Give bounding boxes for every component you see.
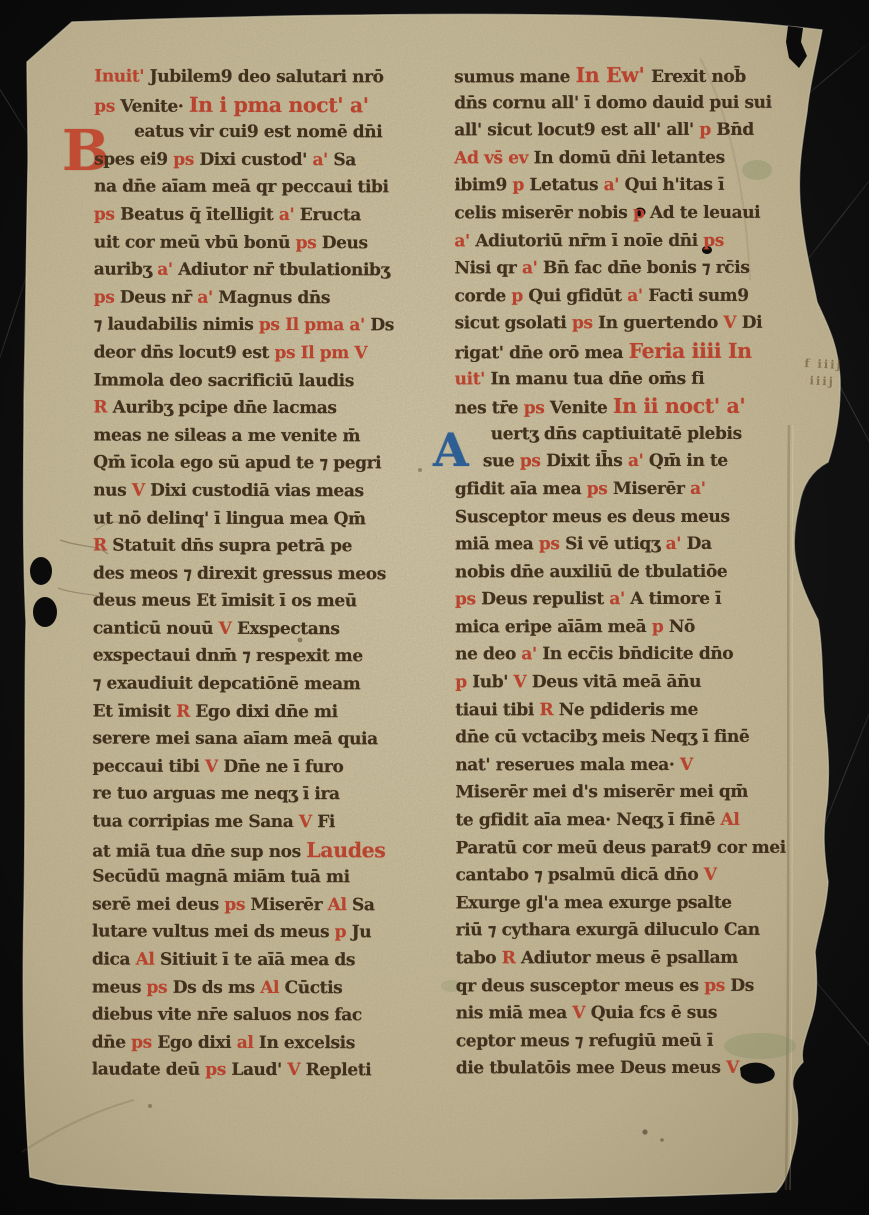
rubric-run: Al: [136, 950, 160, 970]
manuscript-line: gfidit aīa mea ps Miserēr a': [455, 476, 837, 504]
manuscript-line: Et īmisit R Ego dixi dn̄e mi: [93, 698, 447, 727]
text-run: serere mei sana aīam meā quia: [93, 729, 378, 750]
text-run: Ds ds ms: [173, 977, 261, 997]
text-run: uit cor meū vbū bonū: [94, 232, 296, 253]
text-run: nes tr̄e: [455, 398, 524, 418]
wormhole: [30, 557, 52, 585]
text-run: corde: [454, 286, 511, 306]
text-run: Quia fcs ē sus: [591, 1003, 717, 1023]
text-run: Letatus: [529, 175, 603, 195]
manuscript-line: nes tr̄e ps Venite In ii noct' a': [455, 393, 837, 421]
text-run: Deus vitā meā ān̄u: [532, 672, 701, 692]
text-run: all' sicut locut9 est all' all': [454, 120, 699, 140]
manuscript-line: nis miā mea V Quia fcs ē sus: [456, 1000, 838, 1028]
text-run: na dn̄e aīam meā qr peccaui tibi: [94, 177, 389, 198]
manuscript-line: spes ei9 ps Dixi custod' a' Sa: [94, 146, 448, 175]
text-run: Erexit nob̄: [651, 67, 746, 87]
text-run: peccaui tibi: [92, 756, 205, 776]
rubric-run: ps: [94, 205, 120, 225]
text-run: mica eripe aīām meā: [455, 617, 652, 637]
manuscript-line: ps Beatus q̄ ītelligit a' Eructa: [94, 202, 448, 231]
manuscript-line: all' sicut locut9 est all' all' p Bn̄d: [454, 117, 836, 145]
manuscript-line: laudate deū ps Laud' V Repleti: [92, 1057, 446, 1086]
ink-speck: [642, 1129, 647, 1134]
manuscript-line: sue ps Dixit ih̄s a' Qm̄ in te: [455, 448, 837, 476]
text-run: ibim9: [454, 176, 512, 196]
text-run: qr deus susceptor meus es: [456, 975, 705, 995]
text-run: canticū nouū: [93, 618, 219, 638]
rubric-run: ps Il pm V: [274, 343, 367, 363]
rubric-run: p: [652, 617, 669, 637]
text-run: ne deo: [455, 645, 521, 665]
manuscript-line: dica Al Sitiuit ī te aīā mea ds: [92, 947, 446, 976]
rubric-run: a': [454, 231, 475, 251]
rubric-run: V: [132, 481, 150, 501]
rubric-run: Laudes: [306, 838, 385, 862]
text-run: serē mei deus: [92, 894, 224, 914]
text-run: die tbulatōis mee Deus meus: [456, 1058, 726, 1078]
text-run: uertʒ dn̄s captiuitatē plebis: [491, 424, 742, 444]
rubric-run: R: [176, 701, 195, 721]
text-run: Sa: [333, 150, 356, 170]
rubric-run: Feria iiii In: [629, 339, 752, 363]
manuscript-line: qr deus susceptor meus es ps Ds: [456, 972, 838, 1000]
manuscript-line: nus V Dixi custodiā vias meas: [93, 477, 447, 506]
quire-signature-line: iiij: [803, 372, 842, 391]
manuscript-line: diebus vite nr̄e saluos nos fac: [92, 1002, 446, 1031]
rubric-run: V: [514, 672, 532, 692]
text-run: cantabo ⁊ psalmū dicā dn̄o: [456, 865, 704, 885]
manuscript-line: meus ps Ds ds ms Al Cūctis: [92, 974, 446, 1003]
rubric-run: a': [522, 258, 543, 278]
text-run: miā mea: [455, 534, 539, 554]
text-run: In guertendo: [598, 313, 723, 333]
rubric-run: ps: [704, 975, 730, 995]
photo-background: { "page": { "kind": "medieval manuscript…: [0, 0, 869, 1215]
rubric-run: Al: [260, 978, 284, 998]
text-run: te gfidit aīa mea· Neqʒ ī finē: [455, 810, 720, 830]
manuscript-line: dn̄e cū vctacibʒ meis Neqʒ ī finē: [455, 724, 837, 752]
text-run: A timore ī: [630, 589, 721, 609]
text-run: tiaui tibi: [455, 700, 539, 720]
rubric-run: ps: [94, 96, 120, 116]
rubric-run: ps: [296, 233, 322, 253]
text-column-right: sumus mane In Ew' Erexit nob̄dn̄s cornu …: [454, 62, 838, 1084]
manuscript-line: riū ⁊ cythara exurgā diluculo Can: [456, 917, 838, 945]
rubric-run: a': [609, 589, 630, 609]
text-run: Dixit ih̄s: [546, 451, 628, 471]
manuscript-line: eatus vir cui9 est nomē dn̄i: [94, 119, 448, 148]
text-run: Adiutor meus ē psallam: [521, 948, 738, 968]
manuscript-line: auribʒ a' Adiutor nr̄ tbulationibʒ: [94, 257, 448, 286]
text-run: meus: [92, 977, 147, 997]
manuscript-line: exspectaui dnm̄ ⁊ respexit me: [93, 643, 447, 672]
text-run: Paratū cor meū deus parat9 cor mei: [455, 837, 785, 858]
manuscript-line: lutare vultus mei ds meus p Ju: [92, 919, 446, 948]
text-run: sue: [483, 452, 520, 472]
rubric-run: p: [455, 672, 472, 692]
manuscript-line: peccaui tibi V Dn̄e ne ī furo: [92, 753, 446, 782]
text-run: Secūdū magnā miām tuā mi: [92, 867, 350, 888]
text-run: Miserēr: [613, 479, 690, 499]
manuscript-line: ⁊ laudabilis nimis ps Il pma a' Ds: [94, 312, 448, 341]
text-run: Ego dixi: [157, 1032, 236, 1052]
rubric-run: a': [604, 175, 625, 195]
rubric-run: V: [572, 1003, 590, 1023]
manuscript-line: ps Venite· In i pma noct' a': [94, 91, 448, 120]
rubric-run: V: [680, 755, 693, 775]
text-run: ⁊ exaudiuit depcatiōnē meam: [93, 674, 361, 695]
manuscript-line: na dn̄e aīam meā qr peccaui tibi: [94, 174, 448, 203]
text-run: lutare vultus mei ds meus: [92, 922, 335, 943]
rubric-run: In Ew': [576, 63, 652, 87]
text-run: In domū dn̄i letantes: [534, 148, 725, 168]
text-run: Immola deo sacrificiū laudis: [93, 370, 353, 391]
text-run: Sitiuit ī te aīā mea ds: [160, 950, 355, 971]
rubric-run: ps Il pma a': [259, 315, 371, 335]
rubric-run: V: [299, 812, 317, 832]
rubric-run: ps: [524, 398, 550, 418]
manuscript-line: Paratū cor meū deus parat9 cor mei: [455, 834, 837, 862]
manuscript-line: serē mei deus ps Miserēr Al Sa: [92, 891, 446, 920]
text-run: Adiutoriū nr̄m ī noīe dn̄i: [475, 230, 703, 250]
text-run: auribʒ: [94, 260, 158, 280]
rubric-run: V: [205, 757, 223, 777]
manuscript-line: uit cor meū vbū bonū ps Deus: [94, 229, 448, 258]
text-run: Laud': [231, 1060, 287, 1080]
rubric-run: a': [666, 534, 687, 554]
quire-signature: f iiij iiij: [803, 355, 843, 391]
text-run: deor dn̄s locut9 est: [94, 342, 275, 362]
rubric-run: V: [704, 865, 717, 885]
manuscript-line: sicut gsolati ps In guertendo V Di: [455, 310, 837, 338]
text-run: Ds: [730, 975, 754, 995]
rubric-run: ps: [224, 895, 250, 915]
rubric-run: ps: [703, 230, 724, 250]
text-run: Statuit dn̄s supra petrā pe: [112, 536, 352, 557]
rubric-run: Inuit': [94, 67, 149, 87]
rubric-run: ps: [131, 1032, 157, 1052]
text-run: Bn̄d: [716, 120, 753, 140]
manuscript-line: at miā tua dn̄e sup nos Laudes: [92, 836, 446, 865]
manuscript-line: ⁊ exaudiuit depcatiōnē meam: [93, 671, 447, 700]
text-run: Qm̄ in te: [649, 451, 728, 471]
rubric-run: V: [287, 1060, 305, 1080]
text-run: gfidit aīa mea: [455, 479, 587, 499]
manuscript-line: mica eripe aīām meā p Nō: [455, 614, 837, 642]
text-run: Ju: [352, 923, 372, 943]
text-run: Ego dixi dn̄e mi: [195, 701, 337, 721]
rubric-run: ps: [147, 977, 173, 997]
text-run: Auribʒ pcipe dn̄e lacmas: [113, 398, 337, 419]
text-run: rigat' dn̄e orō mea: [455, 343, 629, 363]
quire-signature-line: f iiij: [804, 355, 843, 374]
text-column-left: Inuit' Jubilem9 deo salutari nrōps Venit…: [92, 64, 449, 1086]
text-run: Deus: [322, 233, 368, 253]
rubric-run: In ii noct' a': [613, 394, 745, 418]
manuscript-line: ne deo a' In ecc̄is bn̄dicite dn̄o: [455, 641, 837, 669]
manuscript-line: tua corripias me Sana V Fi: [92, 809, 446, 838]
text-run: Dixi custodiā vias meas: [150, 481, 364, 502]
text-run: des meos ⁊ direxit gressus meos: [93, 563, 386, 584]
manuscript-line: Susceptor meus es deus meus: [455, 503, 837, 531]
rubric-run: ps: [539, 534, 565, 554]
manuscript-line: deus meus Et īmisit ī os meū: [93, 588, 447, 617]
manuscript-line: Inuit' Jubilem9 deo salutari nrō: [94, 64, 448, 93]
text-run: nobis dn̄e auxiliū de tbulatiōe: [455, 562, 727, 582]
rubric-run: a': [627, 286, 648, 306]
manuscript-line: miā mea ps Si vē utiqʒ a' Da: [455, 531, 837, 559]
manuscript-line: p Iub' V Deus vitā meā ān̄u: [455, 669, 837, 697]
text-run: Venite: [550, 398, 613, 418]
text-run: Ds: [370, 316, 394, 336]
manuscript-line: ps Deus nr̄ a' Magnus dn̄s: [94, 284, 448, 313]
rubric-run: a': [690, 479, 705, 499]
text-run: ⁊ laudabilis nimis: [94, 315, 259, 335]
manuscript-line: Exurge gl'a mea exurge psalte: [456, 889, 838, 917]
rubric-run: p: [511, 286, 528, 306]
text-run: exspectaui dnm̄ ⁊ respexit me: [93, 646, 363, 667]
text-run: Beatus q̄ ītelligit: [120, 205, 279, 225]
rubric-run: p: [335, 923, 352, 943]
rubric-run: a': [628, 451, 649, 471]
text-run: Venite·: [120, 96, 189, 116]
text-run: at miā tua dn̄e sup nos: [92, 841, 306, 862]
rubric-run: a': [279, 205, 300, 225]
manuscript-line: ceptor meus ⁊ refugiū meū ī: [456, 1027, 838, 1055]
manuscript-line: te gfidit aīa mea· Neqʒ ī finē Al: [455, 807, 837, 835]
manuscript-line: corde p Qui gfidūt a' Facti sum9: [454, 282, 836, 310]
manuscript-line: canticū nouū V Exspectans: [93, 615, 447, 644]
rubric-run: V: [726, 1058, 739, 1078]
manuscript-line: ibim9 p Letatus a' Qui h'itas ī: [454, 172, 836, 200]
text-run: Di: [742, 313, 762, 333]
manuscript-line: des meos ⁊ direxit gressus meos: [93, 560, 447, 589]
manuscript-line: serere mei sana aīam meā quia: [93, 726, 447, 755]
rubric-run: In i pma noct' a': [189, 92, 369, 116]
manuscript-line: Immola deo sacrificiū laudis: [93, 367, 447, 396]
text-run: nat' reserues mala mea·: [455, 755, 680, 775]
text-run: Miserēr: [251, 895, 328, 915]
text-run: Magnus dn̄s: [218, 288, 330, 308]
manuscript-line: nat' reserues mala mea· V: [455, 752, 837, 780]
text-run: nus: [93, 480, 132, 500]
text-run: tabo: [456, 948, 502, 968]
rubric-run: R: [93, 536, 112, 556]
ink-speck: [148, 1104, 152, 1108]
rubric-run: Al: [721, 810, 740, 830]
text-run: Deus repulist: [481, 589, 609, 609]
manuscript-line: ps Deus repulist a' A timore ī: [455, 586, 837, 614]
text-run: Facti sum9: [648, 286, 749, 306]
rubric-run: Al: [328, 895, 352, 915]
rubric-run: V: [723, 313, 741, 333]
manuscript-line: uertʒ dn̄s captiuitatē plebis: [455, 420, 837, 448]
text-run: Et īmisit: [93, 701, 176, 721]
text-run: ut nō delinq' ī lingua mea Qm̄: [93, 508, 366, 529]
text-run: meas ne sileas a me venite m̄: [93, 425, 360, 446]
text-run: celis miserēr nobis: [454, 203, 633, 223]
manuscript-line: Miserēr mei d's miserēr mei qm̄: [455, 779, 837, 807]
text-run: Jubilem9 deo salutari nrō: [150, 67, 384, 88]
manuscript-line: meas ne sileas a me venite m̄: [93, 422, 447, 451]
manuscript-line: dn̄e ps Ego dixi al In excelsis: [92, 1029, 446, 1058]
text-run: Nisi qr: [454, 258, 522, 278]
text-run: tua corripias me Sana: [92, 812, 299, 833]
ink-speck: [660, 1138, 664, 1142]
rubric-run: p: [512, 176, 529, 196]
manuscript-line: dn̄s cornu all' ī domo dauid pui sui: [454, 89, 836, 117]
text-run: Qui gfidūt: [528, 286, 627, 306]
manuscript-line: uit' In manu tua dn̄e om̄s fi: [455, 365, 837, 393]
wormhole: [33, 597, 57, 627]
text-run: Ne pdideris me: [559, 700, 698, 720]
text-run: deus meus Et īmisit ī os meū: [93, 591, 357, 612]
text-run: sicut gsolati: [455, 313, 572, 333]
text-run: riū ⁊ cythara exurgā diluculo Can: [456, 920, 760, 941]
text-run: Qm̄ īcola ego sū apud te ⁊ pegri: [93, 453, 381, 474]
text-run: Bn̄ fac dn̄e bonis ⁊ rc̄is: [543, 258, 750, 278]
manuscript-line: nobis dn̄e auxiliū de tbulatiōe: [455, 558, 837, 586]
text-run: nis miā mea: [456, 1003, 573, 1023]
manuscript-line: re tuo arguas me neqʒ ī ira: [92, 781, 446, 810]
manuscript-line: cantabo ⁊ psalmū dicā dn̄o V: [456, 862, 838, 890]
rubric-run: V: [219, 619, 237, 639]
text-run: Da: [687, 534, 712, 554]
text-run: dn̄e: [92, 1032, 131, 1052]
text-run: Fi: [317, 812, 335, 832]
text-run: Dn̄e ne ī furo: [223, 757, 343, 777]
rubric-run: a': [197, 288, 218, 308]
text-run: Nō: [669, 617, 695, 637]
rubric-run: ps: [205, 1060, 231, 1080]
rubric-run: p: [699, 120, 716, 140]
manuscript-line: Nisi qr a' Bn̄ fac dn̄e bonis ⁊ rc̄is: [454, 255, 836, 283]
text-run: spes ei9: [94, 149, 173, 169]
manuscript-line: R Auribʒ pcipe dn̄e lacmas: [93, 395, 447, 424]
text-run: Eructa: [300, 205, 361, 225]
rubric-run: ps: [455, 590, 481, 610]
manuscript-line: deor dn̄s locut9 est ps Il pm V: [94, 339, 448, 368]
manuscript-line: Ad vs̄ ev In domū dn̄i letantes: [454, 144, 836, 172]
text-run: In excelsis: [259, 1033, 355, 1053]
rubric-run: ps: [173, 150, 199, 170]
manuscript-line: tiaui tibi R Ne pdideris me: [455, 696, 837, 724]
rubric-run: a': [521, 645, 542, 665]
text-run: In ecc̄is bn̄dicite dn̄o: [542, 644, 733, 664]
text-run: Exurge gl'a mea exurge psalte: [456, 893, 732, 913]
manuscript-line: Qm̄ īcola ego sū apud te ⁊ pegri: [93, 450, 447, 479]
text-run: laudate deū: [92, 1060, 206, 1080]
manuscript-line: die tbulatōis mee Deus meus V: [456, 1055, 838, 1083]
rubric-run: R: [502, 948, 521, 968]
text-run: Deus nr̄: [120, 287, 198, 307]
manuscript-line: Secūdū magnā miām tuā mi: [92, 864, 446, 893]
text-run: Repleti: [306, 1060, 372, 1080]
rubric-run: al: [237, 1033, 259, 1053]
rubric-run: R: [93, 398, 112, 418]
text-run: Iub': [472, 672, 513, 692]
text-run: Dixi custod': [199, 150, 312, 170]
text-run: re tuo arguas me neqʒ ī ira: [92, 784, 339, 805]
text-run: Adiutor nr̄ tbulationibʒ: [178, 260, 390, 281]
text-run: dn̄s cornu all' ī domo dauid pui sui: [454, 92, 772, 113]
text-run: diebus vite nr̄e saluos nos fac: [92, 1005, 362, 1026]
rubric-run: R: [539, 700, 558, 720]
text-run: Ad te leuaui: [650, 203, 760, 223]
manuscript-line: tabo R Adiutor meus ē psallam: [456, 945, 838, 973]
manuscript-line: celis miserēr nobis p Ad te leuaui: [454, 200, 836, 228]
rubric-run: a': [312, 150, 333, 170]
rubric-run: ps: [94, 287, 120, 307]
text-run: Qui h'itas ī: [625, 175, 725, 195]
text-run: dn̄e cū vctacibʒ meis Neqʒ ī finē: [455, 727, 749, 748]
manuscript-line: ut nō delinq' ī lingua mea Qm̄: [93, 505, 447, 534]
text-run: Exspectans: [237, 619, 340, 639]
text-run: dica: [92, 950, 136, 970]
manuscript-line: rigat' dn̄e orō mea Feria iiii In: [455, 338, 837, 366]
rubric-run: Ad vs̄ ev: [454, 148, 533, 168]
text-run: Susceptor meus es deus meus: [455, 506, 730, 526]
rubric-run: ps: [520, 451, 546, 471]
text-run: sumus mane: [454, 67, 576, 87]
text-run: Si vē utiqʒ: [565, 534, 666, 554]
manuscript-line: a' Adiutoriū nr̄m ī noīe dn̄i ps: [454, 227, 836, 255]
rubric-run: ps: [587, 479, 613, 499]
rubric-run: uit': [455, 369, 491, 389]
rubric-run: a': [157, 260, 178, 280]
text-run: Cūctis: [285, 978, 343, 998]
text-run: Miserēr mei d's miserēr mei qm̄: [455, 782, 748, 803]
text-run: eatus vir cui9 est nomē dn̄i: [134, 122, 382, 143]
manuscript-line: R Statuit dn̄s supra petrā pe: [93, 533, 447, 562]
text-run: In manu tua dn̄e om̄s fi: [490, 368, 704, 388]
rubric-run: p: [633, 203, 650, 223]
text-run: Sa: [352, 895, 375, 915]
rubric-run: ps: [572, 313, 598, 333]
manuscript-line: sumus mane In Ew' Erexit nob̄: [454, 62, 836, 90]
text-run: ceptor meus ⁊ refugiū meū ī: [456, 1031, 713, 1051]
